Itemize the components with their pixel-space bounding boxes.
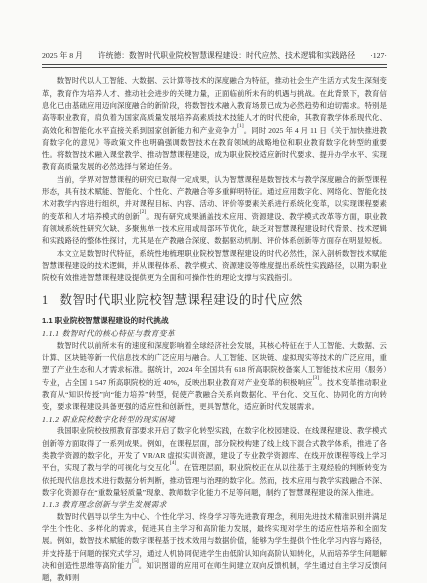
citation-marker-2: [2] <box>140 209 147 215</box>
intro-paragraph-1: 数智时代以人工智能、大数据、云计算等技术的深度融合为特征，推动社会生产生活方式发… <box>42 75 387 173</box>
section-1-1-1-paragraph: 数智时代以前所未有的速度和深度影响着全球经济社会发展，其核心特征在于人工智能、大… <box>42 340 387 414</box>
citation-marker-5: [5] <box>132 558 139 564</box>
section-1-1-3-heading: 1.1.3 教育理念创新与学生发展需求 <box>42 499 387 511</box>
header-running-title: 许统德：数智时代职业院校智慧课程建设：时代应然、技术逻辑和实践路径 <box>83 51 370 61</box>
section-1-1-2-heading: 1.1.2 职业院校数字化转型的现实困境 <box>42 414 387 426</box>
journal-page: 2025 年 8 月 许统德：数智时代职业院校智慧课程建设：时代应然、技术逻辑和… <box>0 0 427 583</box>
section-1-number: 1 <box>42 293 49 307</box>
header-divider-rule <box>42 64 387 68</box>
intro-paragraph-2: 当前，学界对智慧课程的研究已取得一定成果，认为智慧课程是数智技术与教学深度融合的… <box>42 174 387 248</box>
citation-marker-3: [3] <box>313 375 320 381</box>
header-page-number: ·127· <box>370 51 387 61</box>
section-1-1-1-heading: 1.1.1 数智时代的核心特征与教育变革 <box>42 328 387 340</box>
page-header: 2025 年 8 月 许统德：数智时代职业院校智慧课程建设：时代应然、技术逻辑和… <box>42 51 387 61</box>
section-1-1-3-paragraph: 数智时代倡导以学生为中心、个性化学习、终身学习等先进教育理念，利用先进技术精准识… <box>42 511 387 583</box>
intro-paragraph-3: 本文立足数智时代特征，系统性地梳理职业院校智慧课程建设的时代必然性，深入剖析数智… <box>42 248 387 285</box>
header-date: 2025 年 8 月 <box>42 51 83 61</box>
section-1-title: 数智时代职业院校智慧课程建设的时代应然 <box>60 293 303 307</box>
section-1-heading: 1数智时代职业院校智慧课程建设的时代应然 <box>42 293 387 308</box>
section-1-1-heading: 1.1 职业院校智慧课程建设的时代挑战 <box>42 315 387 327</box>
article-body: 数智时代以人工智能、大数据、云计算等技术的深度融合为特征，推动社会生产生活方式发… <box>42 75 387 583</box>
section-1-1-2-paragraph: 我国职业院校按照教育部要求开启了数字化转型实践，在数字化校园建设、在线课程建设、… <box>42 425 387 499</box>
citation-marker-1: [1] <box>237 123 244 129</box>
citation-marker-4: [4] <box>170 460 177 466</box>
